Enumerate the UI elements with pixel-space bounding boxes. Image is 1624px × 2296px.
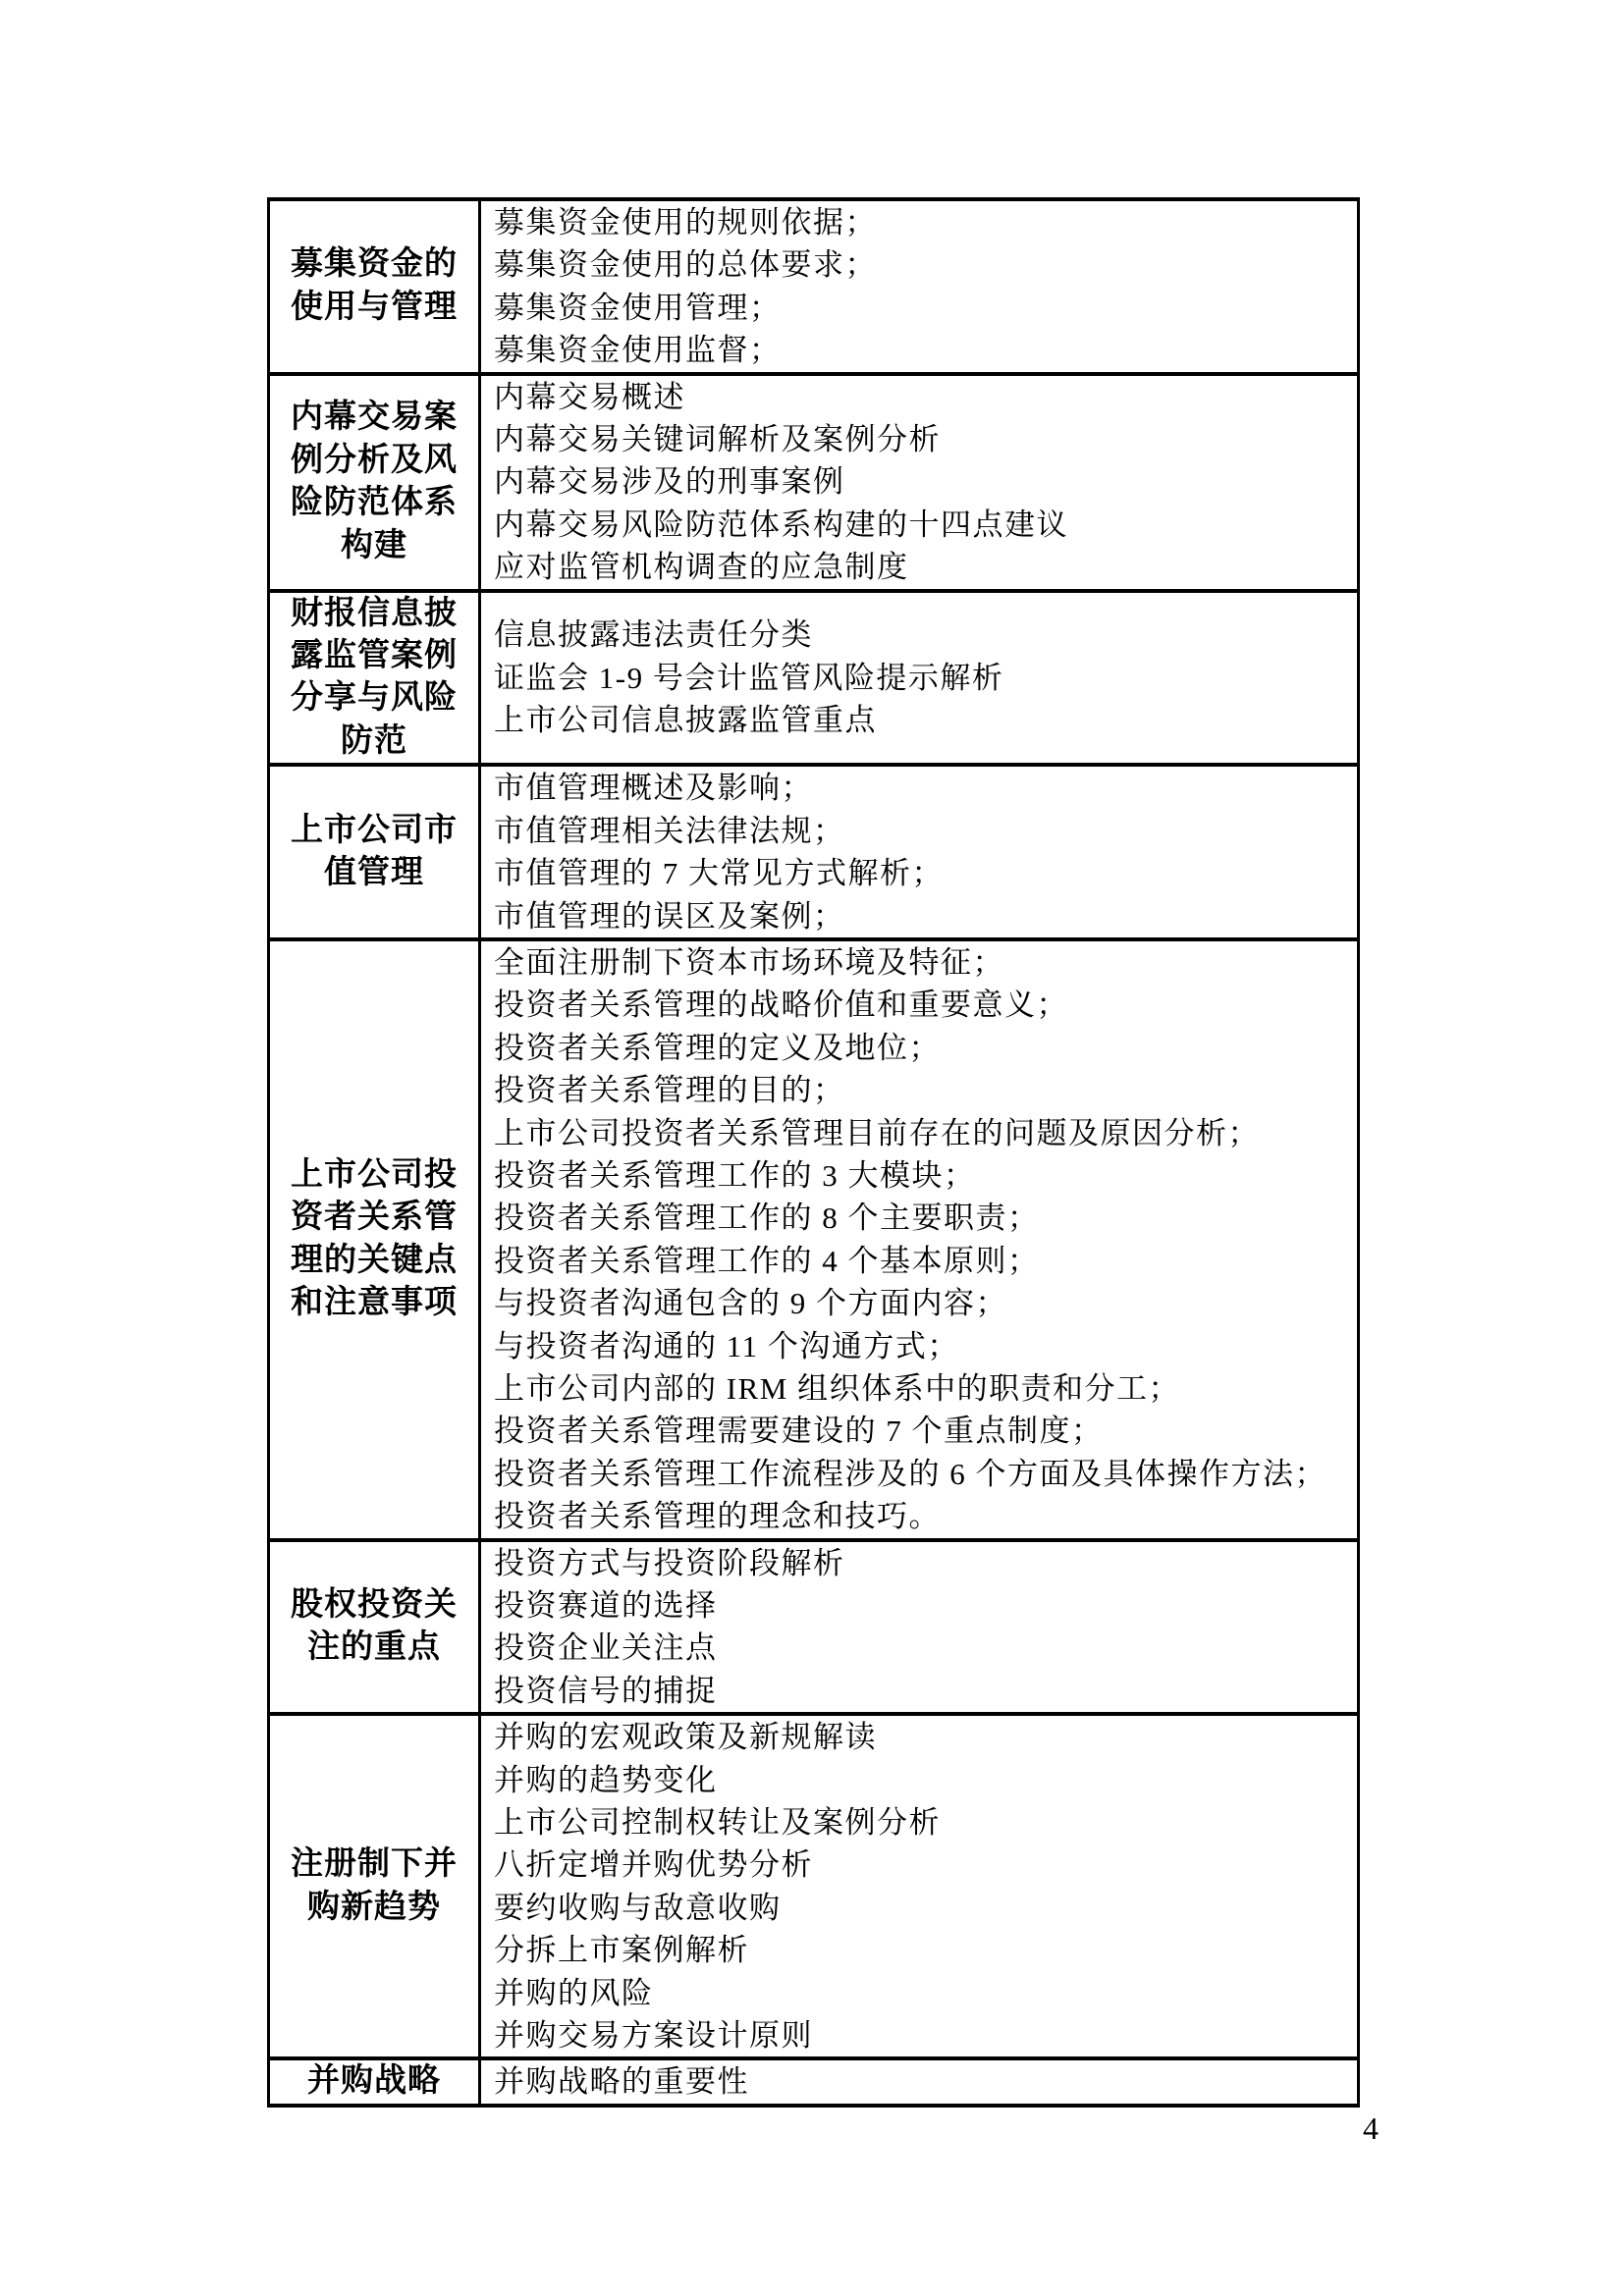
row-header-cell: 注册制下并 购新趋势 <box>269 1714 480 2058</box>
row-content-cell: 募集资金使用的规则依据； 募集资金使用的总体要求； 募集资金使用管理； 募集资金… <box>480 199 1359 374</box>
table-row: 上市公司市 值管理 市值管理概述及影响； 市值管理相关法律法规； 市值管理的 7… <box>269 765 1359 939</box>
table-row: 内幕交易案 例分析及风 险防范体系 构建 内幕交易概述 内幕交易关键词解析及案例… <box>269 374 1359 591</box>
row-content-cell: 投资方式与投资阶段解析 投资赛道的选择 投资企业关注点 投资信号的捕捉 <box>480 1540 1359 1715</box>
row-header-cell: 上市公司投 资者关系管 理的关键点 和注意事项 <box>269 939 480 1540</box>
table-row: 上市公司投 资者关系管 理的关键点 和注意事项 全面注册制下资本市场环境及特征；… <box>269 939 1359 1540</box>
row-header-cell: 并购战略 <box>269 2058 480 2105</box>
table-row: 并购战略 并购战略的重要性 <box>269 2058 1359 2105</box>
course-outline-table: 募集资金的 使用与管理 募集资金使用的规则依据； 募集资金使用的总体要求； 募集… <box>267 197 1360 2108</box>
row-header-cell: 上市公司市 值管理 <box>269 765 480 939</box>
row-content-cell: 信息披露违法责任分类 证监会 1-9 号会计监管风险提示解析 上市公司信息披露监… <box>480 591 1359 766</box>
row-header-cell: 内幕交易案 例分析及风 险防范体系 构建 <box>269 374 480 591</box>
row-content-cell: 内幕交易概述 内幕交易关键词解析及案例分析 内幕交易涉及的刑事案例 内幕交易风险… <box>480 374 1359 591</box>
row-content-cell: 并购的宏观政策及新规解读 并购的趋势变化 上市公司控制权转让及案例分析 八折定增… <box>480 1714 1359 2058</box>
row-content-cell: 市值管理概述及影响； 市值管理相关法律法规； 市值管理的 7 大常见方式解析； … <box>480 765 1359 939</box>
row-header-cell: 股权投资关 注的重点 <box>269 1540 480 1715</box>
table-row: 股权投资关 注的重点 投资方式与投资阶段解析 投资赛道的选择 投资企业关注点 投… <box>269 1540 1359 1715</box>
row-content-cell: 并购战略的重要性 <box>480 2058 1359 2105</box>
row-content-cell: 全面注册制下资本市场环境及特征； 投资者关系管理的战略价值和重要意义； 投资者关… <box>480 939 1359 1540</box>
row-header-cell: 财报信息披 露监管案例 分享与风险 防范 <box>269 591 480 766</box>
table-row: 募集资金的 使用与管理 募集资金使用的规则依据； 募集资金使用的总体要求； 募集… <box>269 199 1359 374</box>
table-row: 财报信息披 露监管案例 分享与风险 防范 信息披露违法责任分类 证监会 1-9 … <box>269 591 1359 766</box>
page-number: 4 <box>1363 2110 1379 2146</box>
table-row: 注册制下并 购新趋势 并购的宏观政策及新规解读 并购的趋势变化 上市公司控制权转… <box>269 1714 1359 2058</box>
row-header-cell: 募集资金的 使用与管理 <box>269 199 480 374</box>
